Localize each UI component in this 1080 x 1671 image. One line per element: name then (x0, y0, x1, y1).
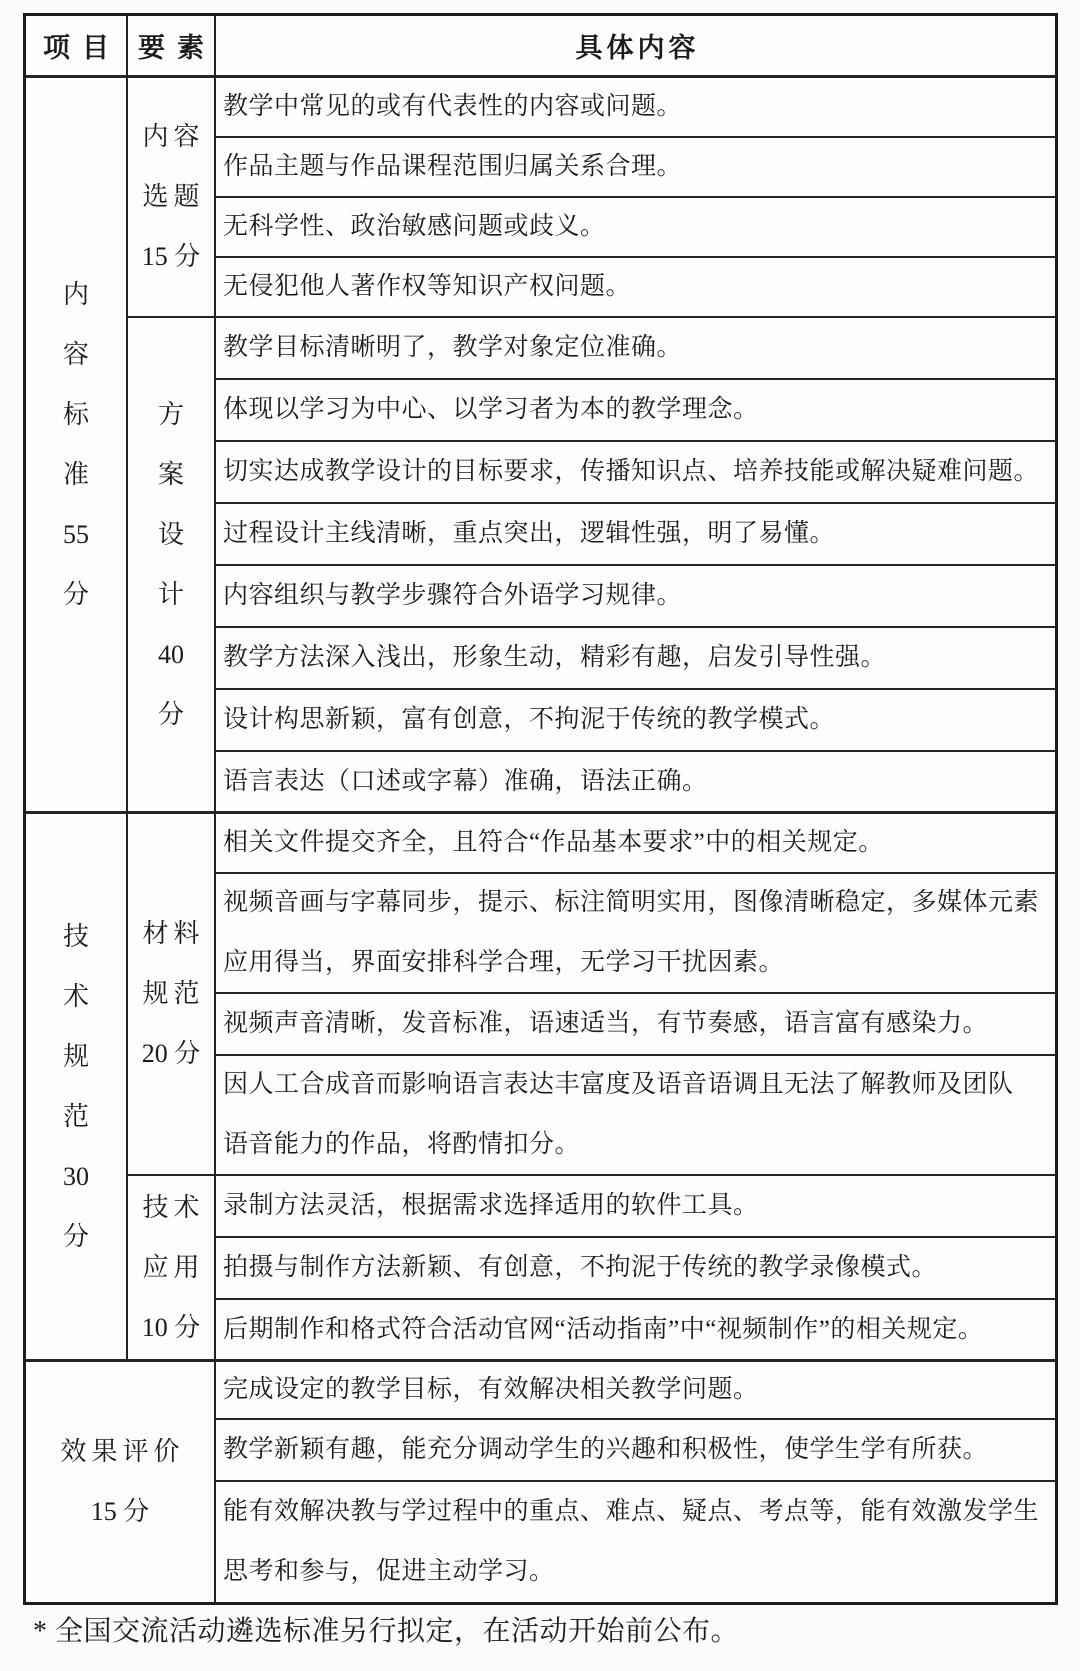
criteria-row: 完成设定的教学目标，有效解决相关教学问题。 (216, 1362, 1055, 1420)
criteria-row: 教学目标清晰明了，教学对象定位准确。 (216, 318, 1055, 380)
criteria-row: 教学方法深入浅出，形象生动，精彩有趣，启发引导性强。 (216, 628, 1055, 690)
criteria-row: 教学新颖有趣，能充分调动学生的兴趣和积极性，使学生学有所获。 (216, 1420, 1055, 1482)
criteria-text: 录制方法灵活，根据需求选择适用的软件工具。 (223, 1176, 759, 1236)
criteria-text: 切实达成教学设计的目标要求，传播知识点、培养技能或解决疑难问题。 (223, 442, 1039, 502)
criteria-row: 设计构思新颖，富有创意，不拘泥于传统的教学模式。 (216, 690, 1055, 752)
criteria-text: 拍摄与制作方法新颖、有创意，不拘泥于传统的教学录像模式。 (223, 1238, 937, 1298)
merged-cell-effect-evaluation: 效果评价 15 分 (26, 1362, 216, 1602)
element-line: 20 分 (142, 1024, 201, 1084)
element-line: 设 (158, 505, 184, 565)
project-cell-content-standard: 内 容 标 准 55 分 (26, 78, 128, 814)
header-cell-element: 要素 (128, 16, 216, 78)
criteria-text: 能有效解决教与学过程中的重点、难点、疑点、考点等，能有效激发学生 思考和参与，促… (223, 1482, 1039, 1602)
document-page: 项目 要素 具体内容 内 容 标 准 55 分 内容 选题 15 分 教学中常见… (0, 0, 1080, 1671)
element-line: 15 分 (142, 227, 201, 287)
merged-label-line: 15 分 (91, 1482, 150, 1542)
scoring-criteria-table: 项目 要素 具体内容 内 容 标 准 55 分 内容 选题 15 分 教学中常见… (23, 13, 1058, 1605)
project-line: 准 (63, 445, 89, 505)
element-line: 应用 (137, 1238, 204, 1298)
header-cell-project: 项目 (26, 16, 128, 78)
criteria-row: 录制方法灵活，根据需求选择适用的软件工具。 (216, 1176, 1055, 1238)
element-line: 计 (158, 565, 184, 625)
criteria-text: 视频声音清晰，发音标准，语速适当，有节奏感，语言富有感染力。 (223, 994, 988, 1054)
project-line: 分 (63, 1207, 89, 1267)
element-cell-material-spec: 材料 规范 20 分 (128, 814, 216, 1176)
header-label-element: 要素 (128, 26, 216, 65)
criteria-text: 教学新颖有趣，能充分调动学生的兴趣和积极性，使学生学有所获。 (223, 1420, 988, 1480)
criteria-text: 视频音画与字幕同步，提示、标注简明实用，图像清晰稳定，多媒体元素 应用得当，界面… (223, 874, 1039, 993)
project-line: 技 (63, 907, 89, 967)
criteria-text: 设计构思新颖，富有创意，不拘泥于传统的教学模式。 (223, 690, 835, 750)
element-line: 选题 (137, 167, 204, 227)
criteria-row: 过程设计主线清晰，重点突出，逻辑性强，明了易懂。 (216, 504, 1055, 566)
project-line: 分 (63, 565, 89, 625)
element-cell-content-topic: 内容 选题 15 分 (128, 78, 216, 318)
criteria-text: 无侵犯他人著作权等知识产权问题。 (223, 258, 631, 317)
criteria-row: 内容组织与教学步骤符合外语学习规律。 (216, 566, 1055, 628)
footnote: * 全国交流活动遴选标准另行拟定，在活动开始前公布。 (33, 1612, 739, 1652)
criteria-row: 视频音画与字幕同步，提示、标注简明实用，图像清晰稳定，多媒体元素 应用得当，界面… (216, 874, 1055, 994)
criteria-row: 能有效解决教与学过程中的重点、难点、疑点、考点等，能有效激发学生 思考和参与，促… (216, 1482, 1055, 1602)
element-line: 技术 (137, 1178, 204, 1238)
element-line: 材料 (137, 904, 204, 964)
project-line: 30 (63, 1147, 89, 1207)
criteria-text: 教学目标清晰明了，教学对象定位准确。 (223, 318, 682, 378)
project-line: 规 (63, 1027, 89, 1087)
element-line: 内容 (137, 107, 204, 167)
project-line: 内 (63, 265, 89, 325)
header-cell-content: 具体内容 (216, 16, 1055, 78)
criteria-row: 视频声音清晰，发音标准，语速适当，有节奏感，语言富有感染力。 (216, 994, 1055, 1056)
project-line: 容 (63, 325, 89, 385)
criteria-row: 后期制作和格式符合活动官网“活动指南”中“视频制作”的相关规定。 (216, 1300, 1055, 1362)
element-line: 分 (158, 685, 184, 745)
criteria-row: 语言表达（口述或字幕）准确，语法正确。 (216, 752, 1055, 814)
element-line: 规范 (137, 964, 204, 1024)
project-cell-technical-standard: 技 术 规 范 30 分 (26, 814, 128, 1362)
project-line: 55 (63, 505, 89, 565)
criteria-text: 体现以学习为中心、以学习者为本的教学理念。 (223, 380, 759, 440)
criteria-text: 内容组织与教学步骤符合外语学习规律。 (223, 566, 682, 626)
element-cell-technique-application: 技术 应用 10 分 (128, 1176, 216, 1362)
project-line: 范 (63, 1087, 89, 1147)
header-label-project: 项目 (31, 26, 121, 65)
element-line: 10 分 (142, 1298, 201, 1358)
criteria-row: 切实达成教学设计的目标要求，传播知识点、培养技能或解决疑难问题。 (216, 442, 1055, 504)
criteria-text: 无科学性、政治敏感问题或歧义。 (223, 198, 606, 257)
criteria-text: 相关文件提交齐全，且符合“作品基本要求”中的相关规定。 (223, 814, 884, 873)
element-line: 40 (158, 625, 184, 685)
element-line: 方 (158, 385, 184, 445)
criteria-text: 后期制作和格式符合活动官网“活动指南”中“视频制作”的相关规定。 (223, 1300, 983, 1360)
criteria-text: 作品主题与作品课程范围归属关系合理。 (223, 138, 682, 197)
criteria-text: 过程设计主线清晰，重点突出，逻辑性强，明了易懂。 (223, 504, 835, 564)
element-cell-plan-design: 方 案 设 计 40 分 (128, 318, 216, 814)
criteria-row: 因人工合成音而影响语言表达丰富度及语音语调且无法了解教师及团队 语音能力的作品，… (216, 1056, 1055, 1176)
criteria-text: 教学方法深入浅出，形象生动，精彩有趣，启发引导性强。 (223, 628, 886, 688)
header-label-content: 具体内容 (572, 26, 700, 65)
element-line: 案 (158, 445, 184, 505)
project-line: 标 (63, 385, 89, 445)
criteria-row: 作品主题与作品课程范围归属关系合理。 (216, 138, 1055, 198)
criteria-text: 语言表达（口述或字幕）准确，语法正确。 (223, 752, 708, 812)
criteria-row: 体现以学习为中心、以学习者为本的教学理念。 (216, 380, 1055, 442)
criteria-text: 完成设定的教学目标，有效解决相关教学问题。 (223, 1362, 759, 1420)
criteria-row: 教学中常见的或有代表性的内容或问题。 (216, 78, 1055, 138)
criteria-row: 无侵犯他人著作权等知识产权问题。 (216, 258, 1055, 318)
criteria-row: 无科学性、政治敏感问题或歧义。 (216, 198, 1055, 258)
merged-label-line: 效果评价 (55, 1422, 184, 1482)
project-line: 术 (63, 967, 89, 1027)
criteria-text: 教学中常见的或有代表性的内容或问题。 (223, 78, 682, 137)
criteria-row: 拍摄与制作方法新颖、有创意，不拘泥于传统的教学录像模式。 (216, 1238, 1055, 1300)
criteria-text: 因人工合成音而影响语言表达丰富度及语音语调且无法了解教师及团队 语音能力的作品，… (223, 1056, 1014, 1175)
criteria-row: 相关文件提交齐全，且符合“作品基本要求”中的相关规定。 (216, 814, 1055, 874)
